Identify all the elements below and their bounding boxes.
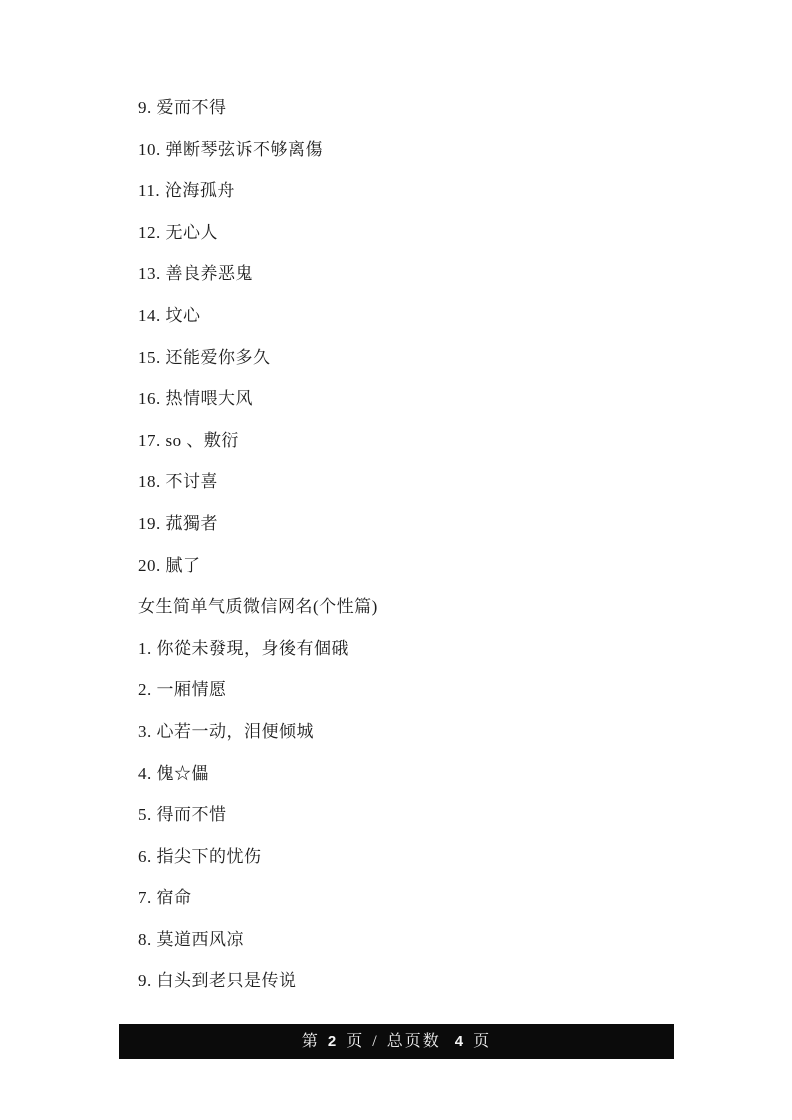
list-item: 14. 坟心	[138, 307, 732, 324]
list-item: 7. 宿命	[138, 889, 732, 906]
list-item: 16. 热情喂大风	[138, 390, 732, 407]
list-item: 12. 无心人	[138, 224, 732, 241]
page-word: 页	[346, 1034, 364, 1050]
document-content: 9. 爱而不得10. 弹断琴弦诉不够离傷11. 沧海孤舟12. 无心人13. 善…	[138, 99, 732, 1014]
total-pages-number: 4	[455, 1034, 465, 1050]
list-item: 13. 善良养恶鬼	[138, 265, 732, 282]
list-item: 8. 莫道西风凉	[138, 931, 732, 948]
list-item: 6. 指尖下的忧伤	[138, 848, 732, 865]
total-pages-label: 总页数	[387, 1034, 441, 1050]
document-page: 9. 爱而不得10. 弹断琴弦诉不够离傷11. 沧海孤舟12. 无心人13. 善…	[0, 0, 792, 1120]
list-item: 9. 爱而不得	[138, 99, 732, 116]
page-footer-bar: 第 2 页 / 总页数 4 页	[119, 1024, 674, 1059]
list-item: 20. 腻了	[138, 557, 732, 574]
list-item: 17. so 、敷衍	[138, 432, 732, 449]
list-item: 4. 傀☆儡	[138, 765, 732, 782]
list-item: 3. 心若一动，泪便倾城	[138, 723, 732, 740]
page-indicator-prefix: 第	[302, 1034, 320, 1050]
page-indicator-separator: /	[372, 1034, 378, 1050]
current-page-number: 2	[328, 1034, 338, 1050]
list-item: 5. 得而不惜	[138, 806, 732, 823]
list-item: 2. 一厢情愿	[138, 681, 732, 698]
list-item: 10. 弹断琴弦诉不够离傷	[138, 141, 732, 158]
section-heading: 女生简单气质微信网名(个性篇)	[138, 598, 732, 615]
list-item: 19. 菰獨者	[138, 515, 732, 532]
list-item: 1. 你從未發現，身後有個硪	[138, 640, 732, 657]
page-indicator: 第 2 页 / 总页数 4 页	[298, 1034, 495, 1050]
list-item: 18. 不讨喜	[138, 473, 732, 490]
list-item: 15. 还能爱你多久	[138, 349, 732, 366]
list-item: 11. 沧海孤舟	[138, 182, 732, 199]
page-word-2: 页	[473, 1034, 491, 1050]
list-item: 9. 白头到老只是传说	[138, 972, 732, 989]
